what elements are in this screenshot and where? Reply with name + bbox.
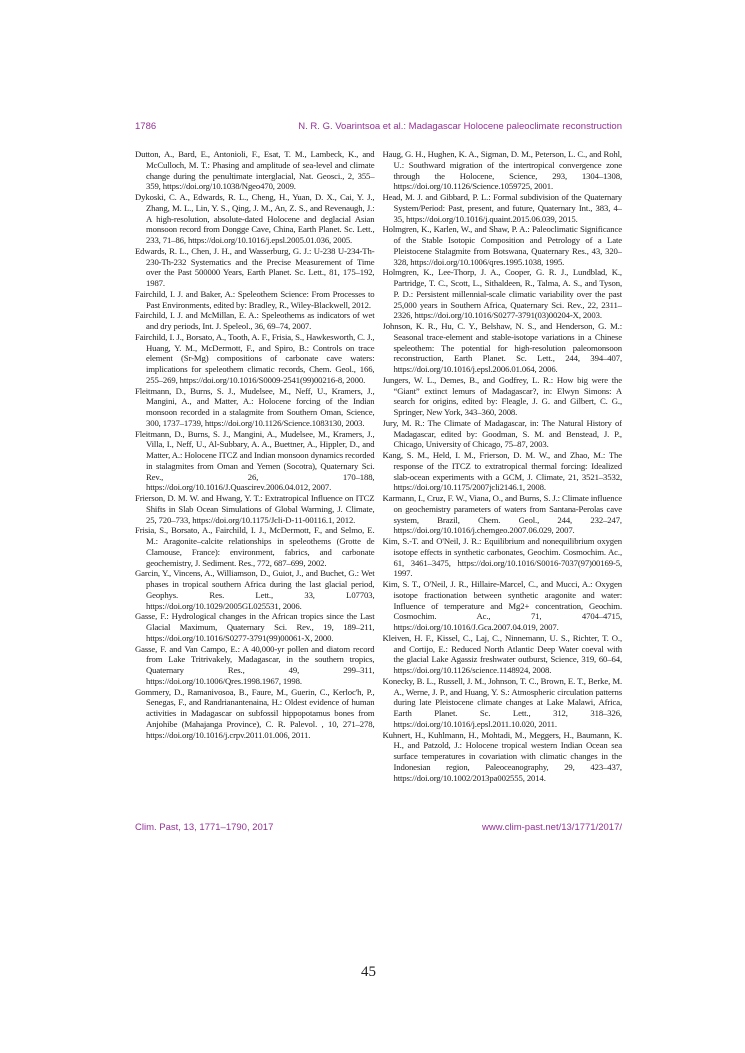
reference-entry: Karmann, I., Cruz, F. W., Viana, O., and… — [383, 493, 623, 536]
journal-url: www.clim-past.net/13/1771/2017/ — [482, 822, 622, 834]
reference-entry: Kleiven, H. F., Kissel, C., Laj, C., Nin… — [383, 633, 623, 676]
reference-entry: Kim, S.-T. and O'Neil, J. R.: Equilibriu… — [383, 536, 623, 579]
reference-entry: Jungers, W. L., Demes, B., and Godfrey, … — [383, 375, 623, 418]
reference-entry: Gasse, F.: Hydrological changes in the A… — [135, 611, 375, 643]
reference-entry: Dutton, A., Bard, E., Antonioli, F., Esa… — [135, 149, 375, 192]
reference-entry: Johnson, K. R., Hu, C. Y., Belshaw, N. S… — [383, 321, 623, 375]
document-page: 1786 N. R. G. Voarintsoa et al.: Madagas… — [0, 0, 745, 1053]
header-page-number: 1786 — [135, 121, 156, 133]
page-number-bottom: 45 — [135, 964, 602, 981]
reference-entry: Fairchild, I. J. and McMillan, E. A.: Sp… — [135, 310, 375, 332]
references-section: Dutton, A., Bard, E., Antonioli, F., Esa… — [135, 149, 622, 797]
reference-entry: Edwards, R. L., Chen, J. H., and Wasserb… — [135, 246, 375, 289]
reference-entry: Konecky, B. L., Russell, J. M., Johnson,… — [383, 676, 623, 730]
references-right-column: Haug, G. H., Hughen, K. A., Sigman, D. M… — [383, 149, 623, 797]
reference-entry: Kang, S. M., Held, I. M., Frierson, D. M… — [383, 450, 623, 493]
journal-citation: Clim. Past, 13, 1771–1790, 2017 — [135, 822, 273, 834]
page-header: 1786 N. R. G. Voarintsoa et al.: Madagas… — [135, 121, 622, 133]
reference-entry: Kim, S. T., O'Neil, J. R., Hillaire-Marc… — [383, 579, 623, 633]
references-left-column: Dutton, A., Bard, E., Antonioli, F., Esa… — [135, 149, 375, 797]
reference-entry: Dykoski, C. A., Edwards, R. L., Cheng, H… — [135, 192, 375, 246]
reference-entry: Garcin, Y., Vincens, A., Williamson, D.,… — [135, 568, 375, 611]
reference-entry: Head, M. J. and Gibbard, P. L.: Formal s… — [383, 192, 623, 224]
reference-entry: Haug, G. H., Hughen, K. A., Sigman, D. M… — [383, 149, 623, 192]
reference-entry: Kuhnert, H., Kuhlmann, H., Mohtadi, M., … — [383, 730, 623, 784]
reference-entry: Fairchild, I. J., Borsato, A., Tooth, A.… — [135, 332, 375, 386]
page-footer: Clim. Past, 13, 1771–1790, 2017 www.clim… — [135, 822, 622, 834]
reference-entry: Frierson, D. M. W. and Hwang, Y. T.: Ext… — [135, 493, 375, 525]
reference-entry: Gommery, D., Ramanivosoa, B., Faure, M.,… — [135, 687, 375, 741]
reference-entry: Jury, M. R.: The Climate of Madagascar, … — [383, 418, 623, 450]
reference-entry: Holmgren, K., Karlen, W., and Shaw, P. A… — [383, 224, 623, 267]
reference-entry: Fleitmann, D., Burns, S. J., Mangini, A.… — [135, 429, 375, 494]
reference-entry: Fleitmann, D., Burns, S. J., Mudelsee, M… — [135, 386, 375, 429]
reference-entry: Frisia, S., Borsato, A., Fairchild, I. J… — [135, 525, 375, 568]
reference-entry: Holmgren, K., Lee-Thorp, J. A., Cooper, … — [383, 267, 623, 321]
running-title: N. R. G. Voarintsoa et al.: Madagascar H… — [298, 121, 622, 133]
reference-entry: Fairchild, I. J. and Baker, A.: Speleoth… — [135, 289, 375, 311]
reference-entry: Gasse, F. and Van Campo, E.: A 40,000-yr… — [135, 644, 375, 687]
